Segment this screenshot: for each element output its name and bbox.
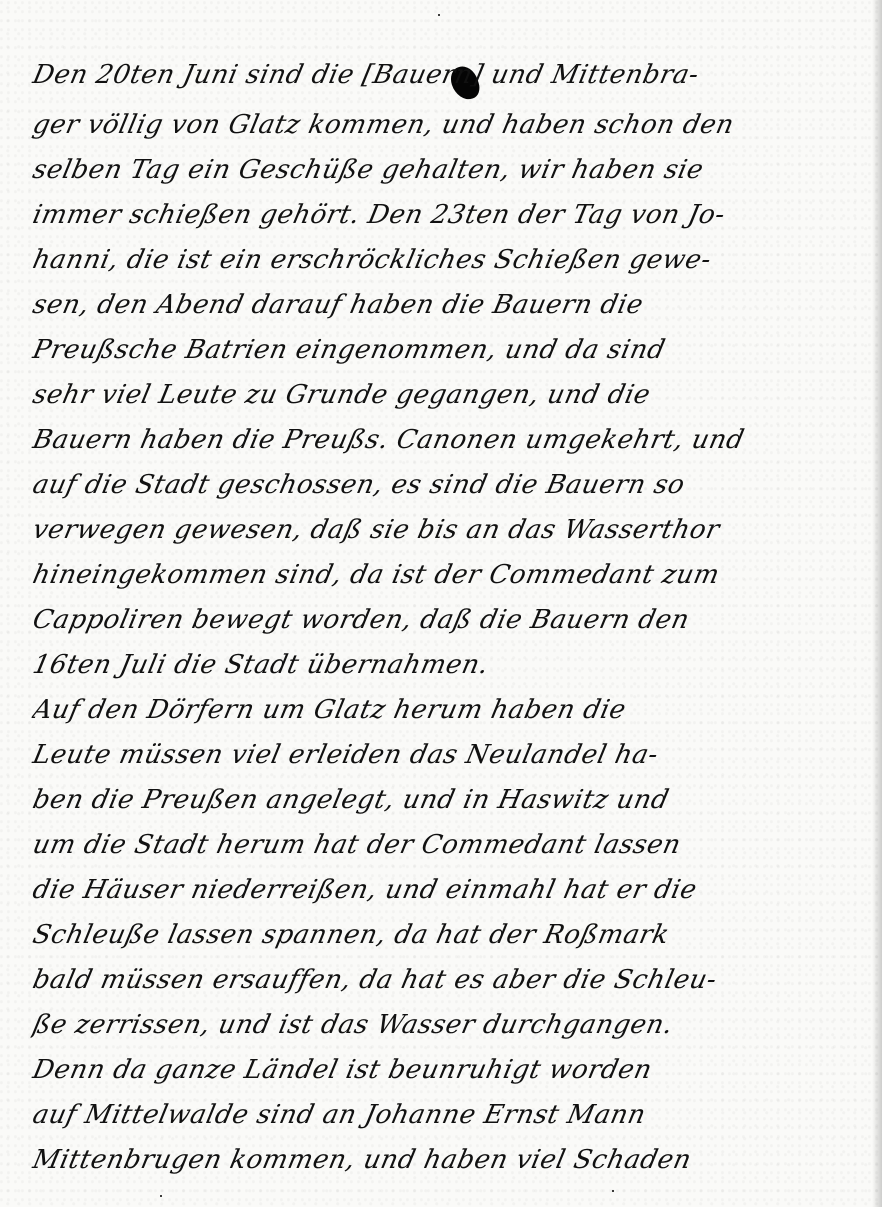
- manuscript-line: die Häuser niederreißen, und einmahl hat…: [30, 875, 876, 905]
- manuscript-line: Leute müssen viel erleiden das Neulandel…: [30, 740, 876, 770]
- manuscript-line: 16ten Juli die Stadt übernahmen.: [30, 650, 876, 680]
- manuscript-line: Cappoliren bewegt worden, daß die Bauern…: [30, 605, 876, 635]
- manuscript-line: ße zerrissen, und ist das Wasser durchga…: [30, 1010, 876, 1040]
- manuscript-line: hanni, die ist ein erschröckliches Schie…: [30, 245, 876, 275]
- paper-speck: [438, 14, 440, 16]
- manuscript-line: um die Stadt herum hat der Commedant las…: [30, 830, 876, 860]
- manuscript-line: sehr viel Leute zu Grunde gegangen, und …: [30, 380, 876, 410]
- manuscript-line: Bauern haben die Preußs. Canonen umgekeh…: [30, 425, 876, 455]
- manuscript-line: auf die Stadt geschossen, es sind die Ba…: [30, 470, 876, 500]
- manuscript-line: immer schießen gehört. Den 23ten der Tag…: [30, 200, 876, 230]
- manuscript-line: Preußsche Batrien eingenommen, und da si…: [30, 335, 876, 365]
- manuscript-line: Den 20ten Juni sind die [Bauern] und Mit…: [30, 60, 876, 90]
- manuscript-line: Mittenbrugen kommen, und haben viel Scha…: [30, 1145, 876, 1175]
- manuscript-line: Auf den Dörfern um Glatz herum haben die: [30, 695, 876, 725]
- paper-speck: [160, 1195, 162, 1197]
- manuscript-line: sen, den Abend darauf haben die Bauern d…: [30, 290, 876, 320]
- page-edge-shadow: [872, 0, 882, 1207]
- manuscript-page: Den 20ten Juni sind die [Bauern] und Mit…: [0, 0, 882, 1207]
- paper-speck: [612, 1190, 614, 1192]
- manuscript-line: auf Mittelwalde sind an Johanne Ernst Ma…: [30, 1100, 876, 1130]
- manuscript-line: ben die Preußen angelegt, und in Haswitz…: [30, 785, 876, 815]
- manuscript-line: Schleuße lassen spannen, da hat der Roßm…: [30, 920, 876, 950]
- manuscript-line: Denn da ganze Ländel ist beunruhigt word…: [30, 1055, 876, 1085]
- manuscript-line: verwegen gewesen, daß sie bis an das Was…: [30, 515, 876, 545]
- manuscript-line: selben Tag ein Geschüße gehalten, wir ha…: [30, 155, 876, 185]
- manuscript-line: ger völlig von Glatz kommen, und haben s…: [30, 110, 876, 140]
- manuscript-line: hineingekommen sind, da ist der Commedan…: [30, 560, 876, 590]
- manuscript-line: bald müssen ersauffen, da hat es aber di…: [30, 965, 876, 995]
